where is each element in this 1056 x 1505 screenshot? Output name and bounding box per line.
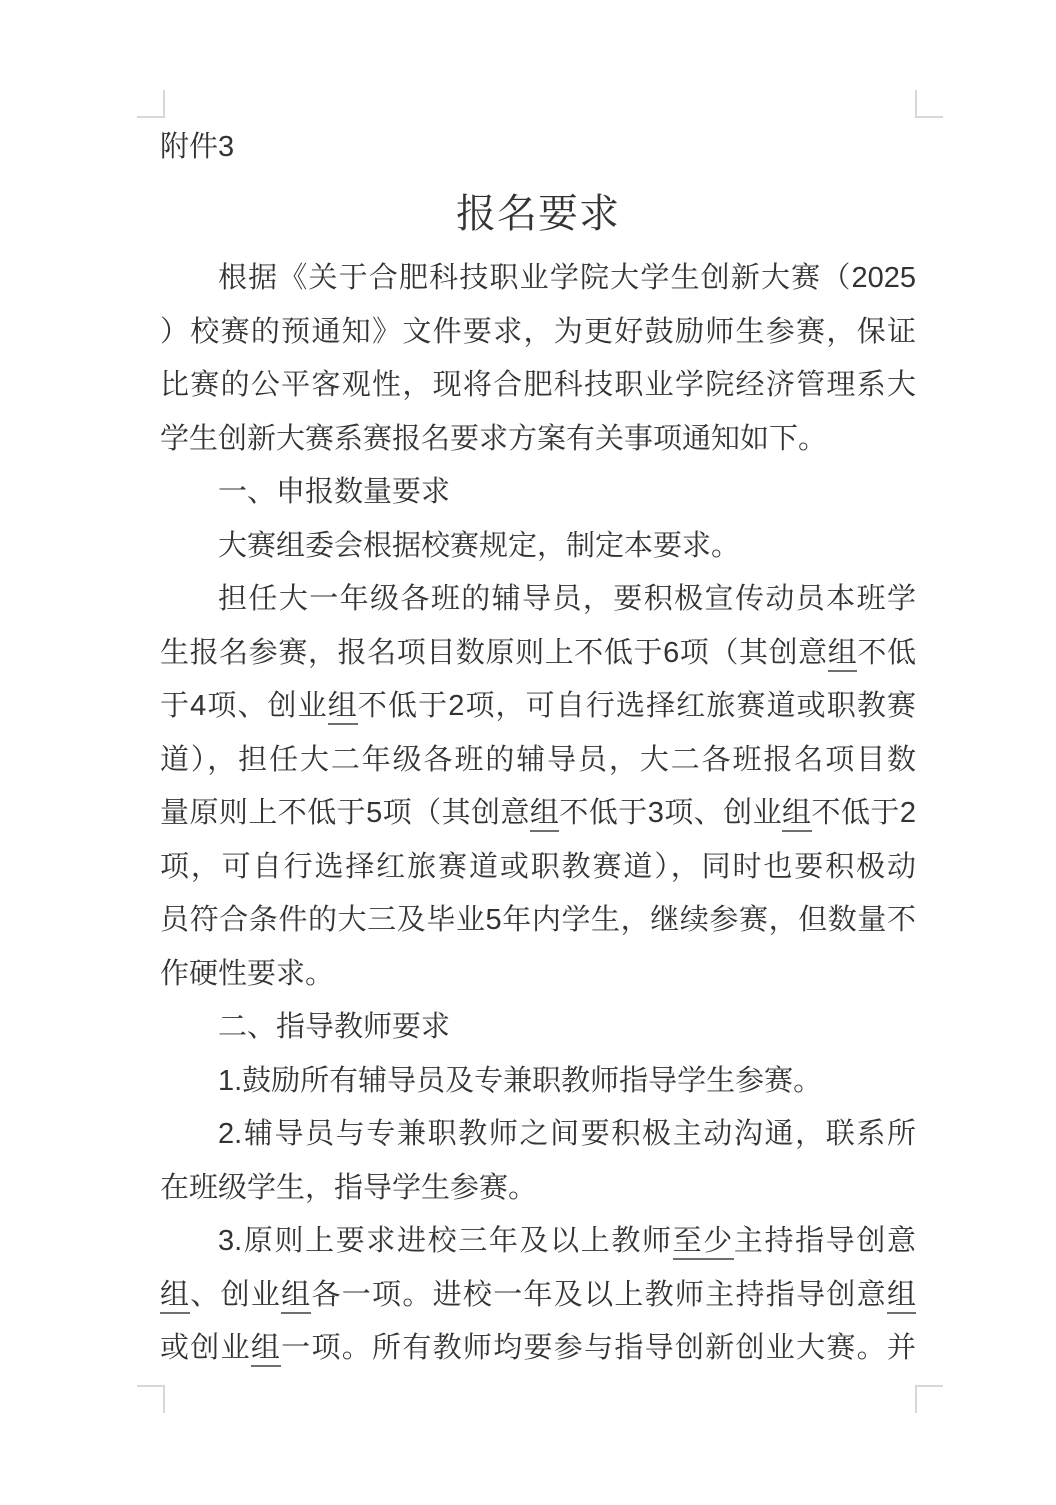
text-run: 3.原则上要求进校三年及以上教师 (218, 1225, 673, 1257)
document-line: 组、创业组各一项。进校一年及以上教师主持指导创意组 (160, 1269, 916, 1323)
grammar-mark: 组 (281, 1279, 311, 1314)
document-line: 2.辅导员与专兼职教师之间要积极主动沟通，联系所 (160, 1108, 916, 1162)
text-run: 2.辅导员与专兼职教师之间要积极主动沟通，联系所 (218, 1118, 916, 1150)
document-title: 报名要求 (160, 176, 916, 252)
document-line: 根据《关于合肥科技职业学院大学生创新大赛（2025 (160, 252, 916, 306)
paragraph-quota: 担任大一年级各班的辅导员，要积极宣传动员本班学生报名参赛，报名项目数原则上不低于… (160, 573, 916, 1001)
text-run: 担任大一年级各班的辅导员，要积极宣传动员本班学 (218, 583, 916, 615)
attachment-label: 附件3 (160, 118, 916, 176)
document-body: 附件3报名要求根据《关于合肥科技职业学院大学生创新大赛（2025）校赛的预通知》… (160, 118, 916, 1376)
text-run: 各一项。进校一年及以上教师主持指导创意 (311, 1279, 886, 1311)
text-run: 不低于3项、创业 (559, 797, 782, 829)
text-run: 一、申报数量要求 (218, 476, 450, 508)
grammar-mark: 组 (782, 797, 811, 832)
text-run: 1.鼓励所有辅导员及专兼职教师指导学生参赛。 (218, 1065, 822, 1097)
text-run: 道），担任大二年级各班的辅导员，大二各班报名项目数 (160, 744, 916, 776)
grammar-mark: 组 (328, 690, 358, 725)
document-page: 附件3报名要求根据《关于合肥科技职业学院大学生创新大赛（2025）校赛的预通知》… (0, 0, 1056, 1505)
text-run: 主持指导创意 (734, 1225, 916, 1257)
document-line: 于4项、创业组不低于2项，可自行选择红旅赛道或职教赛 (160, 680, 916, 734)
text-run: 报名要求 (456, 192, 620, 236)
grammar-mark: 组 (160, 1279, 190, 1314)
heading-section-1: 一、申报数量要求 (160, 466, 916, 520)
grammar-mark: 组 (887, 1279, 916, 1314)
grammar-mark: 组 (251, 1332, 281, 1367)
document-line: 二、指导教师要求 (160, 1001, 916, 1055)
grammar-mark: 组 (530, 797, 559, 832)
document-line: 担任大一年级各班的辅导员，要积极宣传动员本班学 (160, 573, 916, 627)
text-run: 不低于2 (812, 797, 916, 829)
text-run: 比赛的公平客观性，现将合肥科技职业学院经济管理系大 (160, 369, 916, 401)
document-line: 在班级学生，指导学生参赛。 (160, 1162, 916, 1216)
document-line: 道），担任大二年级各班的辅导员，大二各班报名项目数 (160, 734, 916, 788)
document-line: 或创业组一项。所有教师均要参与指导创新创业大赛。并 (160, 1322, 916, 1376)
text-boundary-mark-bottom-right (915, 1385, 943, 1413)
document-line: 3.原则上要求进校三年及以上教师至少主持指导创意 (160, 1215, 916, 1269)
text-boundary-mark-bottom-left (137, 1385, 165, 1413)
grammar-mark: 组 (828, 637, 858, 672)
document-line: 项，可自行选择红旅赛道或职教赛道），同时也要积极动 (160, 841, 916, 895)
text-run: 根据《关于合肥科技职业学院大学生创新大赛（2025 (218, 262, 916, 294)
text-run: 学生创新大赛系赛报名要求方案有关事项通知如下。 (160, 423, 827, 455)
document-line: 作硬性要求。 (160, 948, 916, 1002)
text-run: ）校赛的预通知》文件要求，为更好鼓励师生参赛，保证 (160, 316, 916, 348)
document-line: 量原则上不低于5项（其创意组不低于3项、创业组不低于2 (160, 787, 916, 841)
text-run: 不低 (857, 637, 916, 669)
text-boundary-mark-top-right (915, 90, 943, 118)
text-run: 大赛组委会根据校赛规定，制定本要求。 (218, 530, 740, 562)
document-line: 附件3 (160, 118, 916, 176)
text-run: 不低于2项，可自行选择红旅赛道或职教赛 (358, 690, 916, 722)
text-run: 二、指导教师要求 (218, 1011, 450, 1043)
document-line: 大赛组委会根据校赛规定，制定本要求。 (160, 520, 916, 574)
text-run: 生报名参赛，报名项目数原则上不低于6项（其创意 (160, 637, 828, 669)
document-line: ）校赛的预通知》文件要求，为更好鼓励师生参赛，保证 (160, 306, 916, 360)
paragraph-item-3: 3.原则上要求进校三年及以上教师至少主持指导创意组、创业组各一项。进校一年及以上… (160, 1215, 916, 1376)
text-run: 于4项、创业 (160, 690, 328, 722)
document-line: 1.鼓励所有辅导员及专兼职教师指导学生参赛。 (160, 1055, 916, 1109)
heading-section-2: 二、指导教师要求 (160, 1001, 916, 1055)
document-line: 比赛的公平客观性，现将合肥科技职业学院经济管理系大 (160, 359, 916, 413)
grammar-mark: 至少 (673, 1225, 734, 1260)
text-run: 项，可自行选择红旅赛道或职教赛道），同时也要积极动 (160, 851, 916, 883)
text-run: 、创业 (190, 1279, 281, 1311)
text-run: 员符合条件的大三及毕业5年内学生，继续参赛，但数量不 (160, 904, 916, 936)
paragraph-intro: 根据《关于合肥科技职业学院大学生创新大赛（2025）校赛的预通知》文件要求，为更… (160, 252, 916, 466)
document-line: 生报名参赛，报名项目数原则上不低于6项（其创意组不低 (160, 627, 916, 681)
text-run: 附件3 (160, 131, 234, 163)
document-line: 一、申报数量要求 (160, 466, 916, 520)
document-line: 员符合条件的大三及毕业5年内学生，继续参赛，但数量不 (160, 894, 916, 948)
text-run: 量原则上不低于5项（其创意 (160, 797, 530, 829)
document-line: 报名要求 (160, 176, 916, 252)
paragraph-item-1: 1.鼓励所有辅导员及专兼职教师指导学生参赛。 (160, 1055, 916, 1109)
text-run: 作硬性要求。 (160, 958, 334, 990)
text-run: 在班级学生，指导学生参赛。 (160, 1172, 537, 1204)
paragraph-committee: 大赛组委会根据校赛规定，制定本要求。 (160, 520, 916, 574)
text-run: 一项。所有教师均要参与指导创新创业大赛。并 (281, 1332, 916, 1364)
text-boundary-mark-top-left (137, 90, 165, 118)
document-line: 学生创新大赛系赛报名要求方案有关事项通知如下。 (160, 413, 916, 467)
text-run: 或创业 (160, 1332, 251, 1364)
paragraph-item-2: 2.辅导员与专兼职教师之间要积极主动沟通，联系所在班级学生，指导学生参赛。 (160, 1108, 916, 1215)
